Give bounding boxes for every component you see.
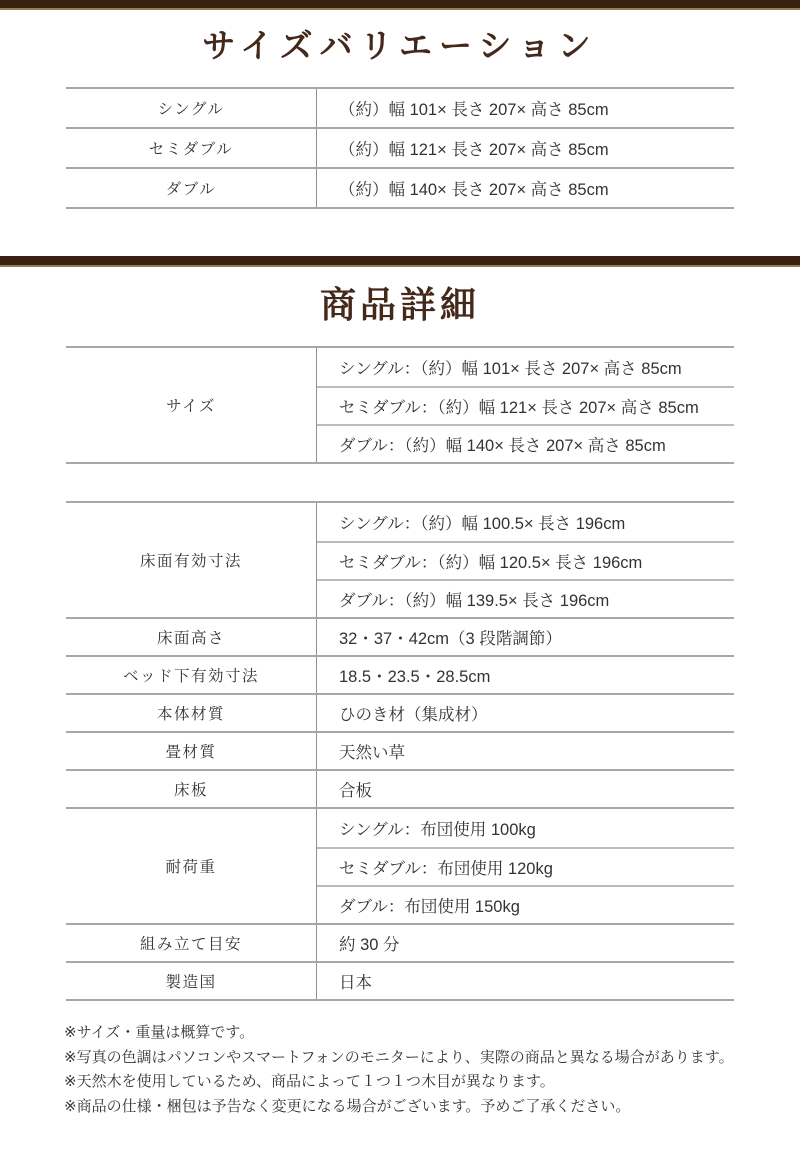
spec-value-cell: 32・37・42cm（3 段階調節） [317, 619, 734, 655]
spec-value-cell: 合板 [317, 771, 734, 807]
table-row-assembly-time: 組み立て目安 約 30 分 [66, 925, 734, 963]
footnote-line: ※写真の色調はパソコンやスマートフォンのモニターにより、実際の商品と異なる場合が… [64, 1046, 736, 1071]
size-dimensions-cell: （約）幅 101× 長さ 207× 高さ 85cm [317, 89, 734, 127]
spec-label-cell: 床板 [66, 771, 317, 807]
spec-value-cell: セミダブル：布団使用 120kg [317, 847, 734, 885]
size-variation-title: サイズバリエーション [0, 22, 800, 70]
footnote-line: ※商品の仕様・梱包は予告なく変更になる場合がございます。予めご了承ください。 [64, 1095, 736, 1120]
spec-label-cell: 床面有効寸法 [66, 503, 317, 617]
spec-value-cell: 18.5・23.5・28.5cm [317, 657, 734, 693]
spec-value-cell: ダブル：（約）幅 140× 長さ 207× 高さ 85cm [317, 424, 734, 462]
footnotes: ※サイズ・重量は概算です。 ※写真の色調はパソコンやスマートフォンのモニターによ… [64, 1021, 736, 1119]
spec-value-cell: ひのき材（集成材） [317, 695, 734, 731]
spec-label-cell: 畳材質 [66, 733, 317, 769]
size-name-cell: セミダブル [66, 129, 317, 167]
spec-value-cell: シングル：布団使用 100kg [317, 809, 734, 847]
size-variation-table: シングル （約）幅 101× 長さ 207× 高さ 85cm セミダブル （約）… [66, 87, 734, 209]
table-row-floor-height: 床面高さ 32・37・42cm（3 段階調節） [66, 619, 734, 657]
product-size-table: サイズ シングル：（約）幅 101× 長さ 207× 高さ 85cm セミダブル… [66, 346, 734, 464]
spec-value-cell: ダブル：布団使用 150kg [317, 885, 734, 923]
spec-value-cell: シングル：（約）幅 101× 長さ 207× 高さ 85cm [317, 348, 734, 386]
table-row-underbed-clearance: ベッド下有効寸法 18.5・23.5・28.5cm [66, 657, 734, 695]
spec-label-cell: 本体材質 [66, 695, 317, 731]
table-row-tatami-material: 畳材質 天然い草 [66, 733, 734, 771]
table-row-frame-material: 本体材質 ひのき材（集成材） [66, 695, 734, 733]
spec-value-cell: シングル：（約）幅 100.5× 長さ 196cm [317, 503, 734, 541]
table-row-floor-board: 床板 合板 [66, 771, 734, 809]
size-name-cell: シングル [66, 89, 317, 127]
footnote-line: ※サイズ・重量は概算です。 [64, 1021, 736, 1046]
product-detail-title: 商品詳細 [0, 283, 800, 327]
spec-value-cell: 日本 [317, 963, 734, 999]
top-accent-bar [0, 0, 800, 10]
section-divider-bar [0, 256, 800, 267]
spec-value-cell: 天然い草 [317, 733, 734, 769]
footnote-line: ※天然木を使用しているため、商品によって１つ１つ木目が異なります。 [64, 1070, 736, 1095]
spec-label-cell: サイズ [66, 348, 317, 462]
spec-label-cell: 耐荷重 [66, 809, 317, 923]
spec-value-cell: セミダブル：（約）幅 120.5× 長さ 196cm [317, 541, 734, 579]
spec-label-cell: 組み立て目安 [66, 925, 317, 961]
table-row-size: サイズ シングル：（約）幅 101× 長さ 207× 高さ 85cm セミダブル… [66, 348, 734, 464]
table-row-country-of-origin: 製造国 日本 [66, 963, 734, 1001]
table-row-floor-dimensions: 床面有効寸法 シングル：（約）幅 100.5× 長さ 196cm セミダブル：（… [66, 503, 734, 619]
size-name-cell: ダブル [66, 169, 317, 207]
table-row-single-size: シングル （約）幅 101× 長さ 207× 高さ 85cm [66, 89, 734, 129]
product-spec-page: サイズバリエーション シングル （約）幅 101× 長さ 207× 高さ 85c… [0, 0, 800, 1170]
table-row-load-capacity: 耐荷重 シングル：布団使用 100kg セミダブル：布団使用 120kg ダブル… [66, 809, 734, 925]
spec-value-cell: ダブル：（約）幅 139.5× 長さ 196cm [317, 579, 734, 617]
spec-label-cell: ベッド下有効寸法 [66, 657, 317, 693]
table-row-semidouble-size: セミダブル （約）幅 121× 長さ 207× 高さ 85cm [66, 129, 734, 169]
size-dimensions-cell: （約）幅 140× 長さ 207× 高さ 85cm [317, 169, 734, 207]
spec-label-cell: 製造国 [66, 963, 317, 999]
size-dimensions-cell: （約）幅 121× 長さ 207× 高さ 85cm [317, 129, 734, 167]
product-spec-table: 床面有効寸法 シングル：（約）幅 100.5× 長さ 196cm セミダブル：（… [66, 501, 734, 1001]
spec-value-cell: 約 30 分 [317, 925, 734, 961]
table-row-double-size: ダブル （約）幅 140× 長さ 207× 高さ 85cm [66, 169, 734, 209]
spec-label-cell: 床面高さ [66, 619, 317, 655]
spec-value-cell: セミダブル：（約）幅 121× 長さ 207× 高さ 85cm [317, 386, 734, 424]
